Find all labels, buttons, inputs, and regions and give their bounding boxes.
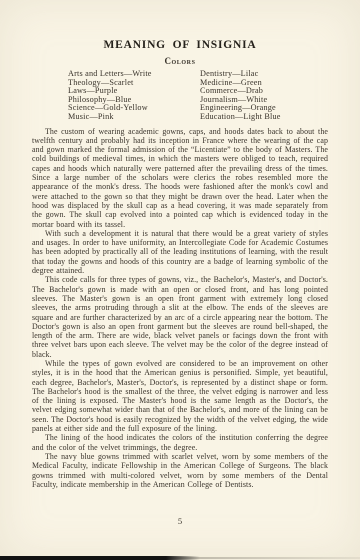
color-item: Education—Light Blue <box>200 113 360 122</box>
colors-list: Arts and Letters—WriteTheology—ScarletLa… <box>0 70 360 122</box>
color-item: Music—Pink <box>68 113 200 122</box>
colors-heading: Colors <box>0 56 360 66</box>
page-title: MEANING OF INSIGNIA <box>0 0 360 51</box>
colors-column-left: Arts and Letters—WriteTheology—ScarletLa… <box>68 70 200 122</box>
paragraph: The navy blue gowns trimmed with scarlet… <box>32 452 328 489</box>
paragraph: The custom of wearing academic gowns, ca… <box>32 127 328 229</box>
paragraph: With such a development it is natural th… <box>32 229 328 275</box>
colors-column-right: Dentistry—LilacMedicine—GreenCommerce—Dr… <box>200 70 360 122</box>
document-page: MEANING OF INSIGNIA Colors Arts and Lett… <box>0 0 360 560</box>
paragraph: This code calls for three types of gowns… <box>32 275 328 359</box>
paragraph: While the types of gown evolved are cons… <box>32 359 328 433</box>
scan-edge-artifact <box>0 556 200 560</box>
page-number: 5 <box>0 516 360 526</box>
body-text: The custom of wearing academic gowns, ca… <box>32 127 328 490</box>
paragraph: The lining of the hood indicates the col… <box>32 433 328 452</box>
